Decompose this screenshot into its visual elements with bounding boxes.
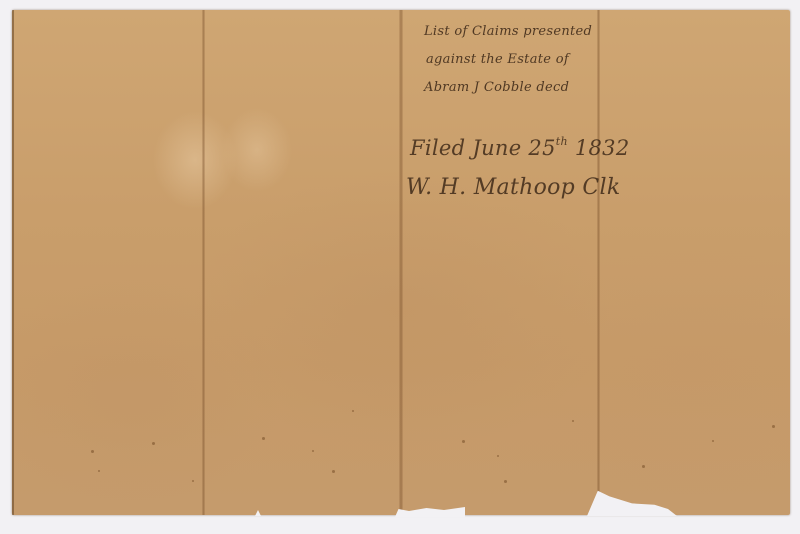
- torn-edge: [587, 488, 677, 516]
- foxing-spot: [192, 480, 194, 482]
- scan-background: List of Claims presented against the Est…: [0, 0, 800, 534]
- foxing-spot: [712, 440, 714, 442]
- filed-ordinal: th: [556, 135, 568, 148]
- foxing-spot: [352, 410, 354, 412]
- filed-prefix: Filed June 25: [410, 136, 556, 160]
- foxing-spot: [332, 470, 335, 473]
- fold-line-3: [597, 10, 600, 515]
- foxing-spot: [312, 450, 314, 452]
- docket-title-line-2: against the Estate of: [426, 46, 596, 74]
- foxing-spot: [504, 480, 507, 483]
- foxing-spot: [572, 420, 574, 422]
- foxing-spot: [98, 470, 100, 472]
- filed-year: 1832: [575, 136, 630, 160]
- foxing-spot: [152, 442, 155, 445]
- foxing-spot: [772, 425, 775, 428]
- fold-line-1: [202, 10, 205, 515]
- docket-endorsement: List of Claims presented against the Est…: [410, 18, 596, 208]
- docket-title-line-3: Abram J Cobble decd: [424, 74, 596, 102]
- manuscript-document: List of Claims presented against the Est…: [12, 10, 790, 515]
- foxing-spot: [262, 437, 265, 440]
- docket-title-line-1: List of Claims presented: [424, 18, 596, 46]
- foxing-spot: [642, 465, 645, 468]
- filed-date: Filed June 25th 1832: [410, 122, 596, 168]
- fold-line-2: [399, 10, 403, 515]
- torn-edge: [395, 507, 465, 517]
- clerk-signature: W. H. Mathoop Clk: [406, 168, 596, 208]
- edge-notch: [255, 510, 261, 516]
- paper-edge: [12, 10, 14, 515]
- foxing-spot: [91, 450, 94, 453]
- foxing-spot: [462, 440, 465, 443]
- foxing-spot: [497, 455, 499, 457]
